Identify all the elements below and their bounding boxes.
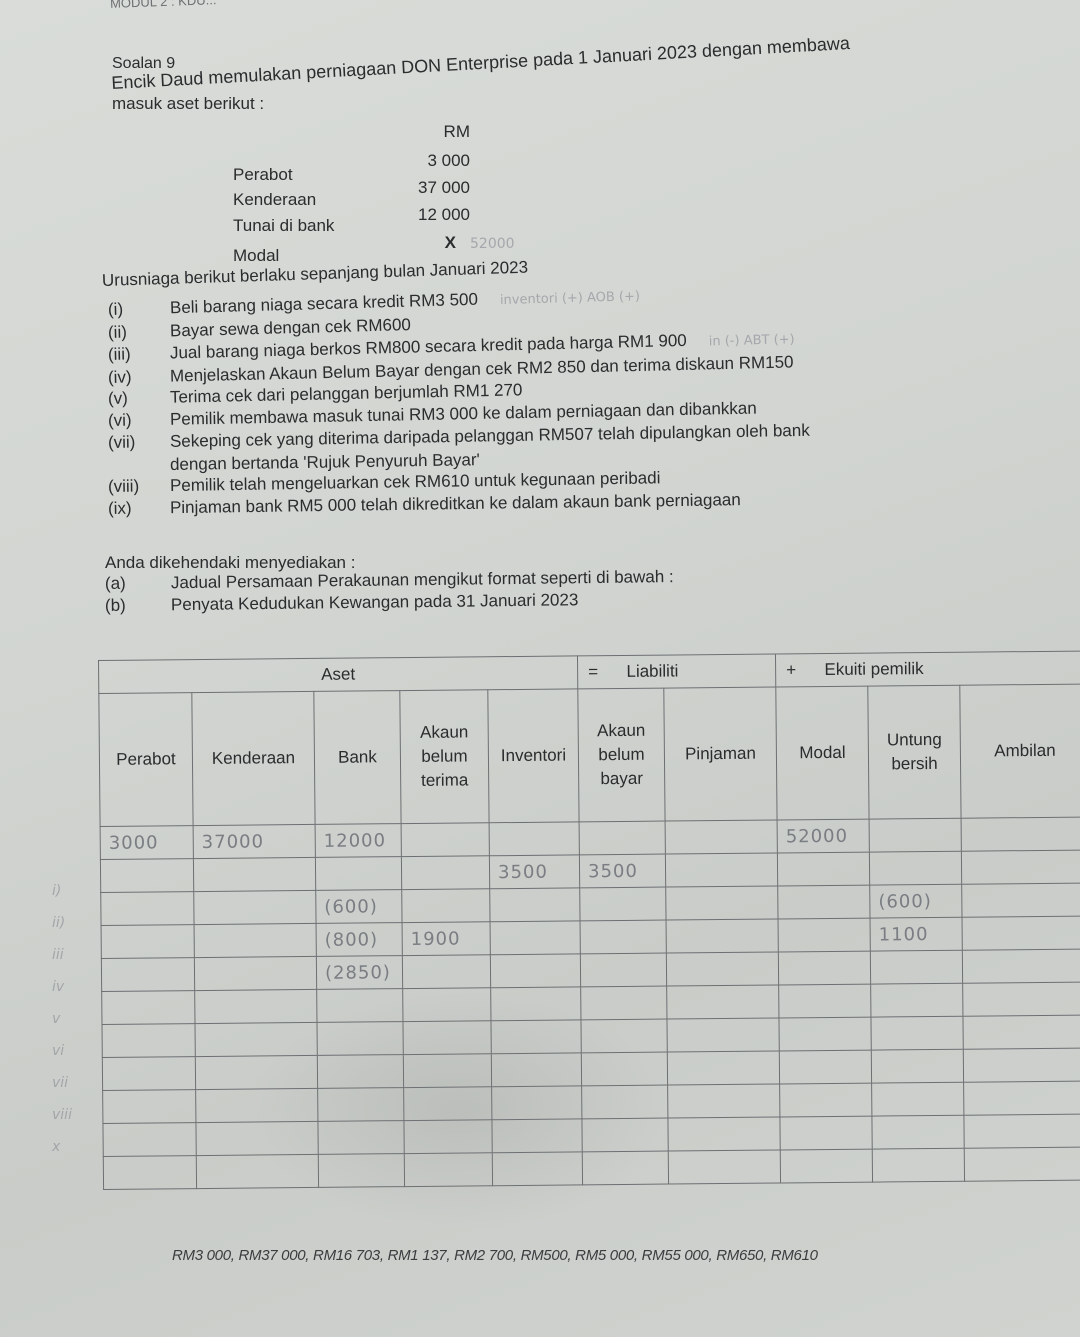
table-cell[interactable] [871, 1049, 963, 1083]
question-intro-line1: Encik Daud memulakan perniagaan DON Ente… [111, 33, 851, 94]
group-header: = Liabiliti [578, 654, 776, 689]
table-cell[interactable] [778, 918, 870, 952]
table-cell[interactable] [492, 1119, 582, 1153]
question-intro-line2: masuk aset berikut : [112, 94, 264, 114]
task-a-number: (a) [105, 573, 171, 594]
table-cell[interactable] [489, 822, 579, 856]
table-cell[interactable]: 12000 [315, 824, 401, 858]
table-cell[interactable] [404, 1153, 492, 1187]
transaction-number: (ii) [108, 321, 171, 343]
table-cell[interactable] [668, 1150, 780, 1184]
table-cell[interactable] [193, 857, 315, 891]
table-cell[interactable] [872, 1148, 964, 1182]
row-label: iii [52, 947, 64, 963]
table-cell[interactable] [963, 1015, 1080, 1049]
transaction-number: (viii) [108, 476, 170, 497]
transaction-number: (ix) [108, 498, 170, 519]
table-cell[interactable] [402, 889, 490, 923]
table-cell[interactable] [404, 1087, 492, 1121]
table-cell[interactable] [102, 1024, 195, 1058]
table-cell[interactable] [315, 857, 401, 891]
table-cell[interactable] [962, 916, 1080, 950]
table-cell[interactable] [196, 1088, 318, 1122]
table-cell[interactable] [964, 1114, 1080, 1148]
table-cell[interactable] [194, 923, 316, 957]
transaction-number: (vii) [108, 432, 170, 453]
table-cell[interactable] [580, 920, 666, 954]
table-cell[interactable]: 3000 [100, 826, 193, 860]
transaction-number: (v) [108, 388, 170, 409]
module-header: MODUL 2 : KDU... [110, 0, 217, 11]
table-cell[interactable] [872, 1082, 964, 1116]
row-label: viii [52, 1107, 72, 1123]
table-cell[interactable] [401, 823, 489, 857]
accounting-equation-table-wrapper: Aset= Liabiliti+ Ekuiti pemilik PerabotK… [98, 650, 1080, 1224]
table-cell[interactable] [318, 1088, 404, 1122]
table-cell[interactable] [403, 988, 491, 1022]
transaction-number: (iv) [108, 367, 170, 388]
table-cell[interactable] [318, 1121, 404, 1155]
accounting-equation-table: Aset= Liabiliti+ Ekuiti pemilik PerabotK… [98, 650, 1080, 1189]
table-cell[interactable] [195, 1022, 317, 1056]
column-header: Kenderaan [192, 691, 315, 825]
table-cell[interactable] [962, 949, 1080, 983]
column-header: Untung bersih [868, 685, 961, 819]
table-cell[interactable] [317, 1022, 403, 1056]
table-cell[interactable] [665, 820, 777, 854]
table-cell[interactable] [666, 952, 778, 986]
asset-value-modal: X [376, 233, 456, 253]
transaction-text: Bayar sewa dengan cek RM600 [170, 315, 411, 340]
table-cell[interactable] [779, 1017, 871, 1051]
table-cell[interactable] [582, 1118, 668, 1152]
task-b-number: (b) [105, 595, 171, 616]
table-cell[interactable]: 37000 [193, 824, 315, 858]
currency-header: RM [390, 122, 470, 142]
row-label: vi [52, 1043, 64, 1059]
table-cell[interactable]: (800) [316, 923, 402, 957]
group-header: + Ekuiti pemilik [776, 651, 1080, 687]
row-label: v [52, 1011, 60, 1027]
asset-label-kenderaan: Kenderaan [233, 190, 316, 210]
table-cell[interactable] [667, 1018, 779, 1052]
table-cell[interactable] [961, 850, 1080, 884]
table-body: 300037000120005200035003500(600)(600)(80… [100, 817, 1080, 1189]
transaction-number: (iii) [108, 343, 170, 365]
transaction-number [108, 470, 170, 471]
table-cell[interactable] [780, 1149, 872, 1183]
row-label: i) [52, 883, 61, 899]
transactions-title: Urusniaga berikut berlaku sepanjang bula… [102, 258, 529, 291]
column-header: Inventori [488, 689, 579, 823]
table-cell[interactable] [582, 1085, 668, 1119]
asset-label-perabot: Perabot [233, 165, 293, 185]
table-cell[interactable] [964, 1147, 1080, 1181]
answer-options: RM3 000, RM37 000, RM16 703, RM1 137, RM… [172, 1247, 818, 1264]
table-cell[interactable] [101, 958, 194, 992]
group-header: Aset [99, 656, 578, 694]
table-cell[interactable] [404, 1120, 492, 1154]
table-cell[interactable]: 52000 [777, 819, 869, 853]
table-cell[interactable] [491, 1020, 581, 1054]
table-cell[interactable] [871, 1016, 963, 1050]
asset-value-perabot: 3 000 [390, 151, 470, 171]
asset-label-modal: Modal [233, 246, 279, 266]
table-cell[interactable] [490, 954, 580, 988]
table-cell[interactable] [317, 1055, 403, 1089]
table-cell[interactable] [667, 985, 779, 1019]
table-cell[interactable] [581, 986, 667, 1020]
table-cell[interactable]: (600) [316, 890, 402, 924]
column-header: Akaun belum terima [400, 690, 489, 824]
table-cell[interactable] [195, 989, 317, 1023]
table-cell[interactable] [402, 955, 490, 989]
table-cell[interactable] [961, 817, 1080, 851]
table-cell[interactable]: 1900 [402, 922, 490, 956]
row-label: x [52, 1139, 60, 1155]
table-cell[interactable] [964, 1081, 1080, 1115]
table-cell[interactable] [196, 1154, 318, 1188]
table-cell[interactable] [870, 950, 962, 984]
table-cell[interactable] [196, 1121, 318, 1155]
tasks-title: Anda dikehendaki menyediakan : [105, 553, 355, 573]
asset-value-kenderaan: 37 000 [390, 178, 470, 198]
handwritten-note: in (-) ABT (+) [709, 332, 795, 349]
table-cell[interactable] [101, 892, 194, 926]
table-cell[interactable] [779, 984, 871, 1018]
column-header: Perabot [99, 693, 193, 827]
table-cell[interactable] [318, 1154, 404, 1188]
table-cell[interactable] [962, 883, 1080, 917]
table-cell[interactable]: 1100 [870, 917, 962, 951]
table-cell[interactable] [103, 1156, 196, 1190]
table-cell[interactable] [100, 859, 193, 893]
table-cell[interactable] [102, 1057, 195, 1091]
table-cell[interactable] [665, 853, 777, 887]
table-cell[interactable] [777, 852, 869, 886]
table-cell[interactable] [872, 1115, 964, 1149]
table-cell[interactable] [491, 987, 581, 1021]
column-header: Ambilan [960, 684, 1080, 818]
table-cell[interactable] [580, 953, 666, 987]
table-cell[interactable] [871, 983, 963, 1017]
table-cell[interactable] [401, 856, 489, 890]
table-cell[interactable] [869, 818, 961, 852]
table-cell[interactable] [103, 1090, 196, 1124]
table-cell[interactable] [194, 890, 316, 924]
table-cell[interactable] [963, 1048, 1080, 1082]
table-cell[interactable] [194, 956, 316, 990]
table-cell[interactable] [491, 1053, 581, 1087]
table-cell[interactable] [668, 1117, 780, 1151]
task-b-text: Penyata Kedudukan Kewangan pada 31 Janua… [171, 590, 579, 614]
table-cell[interactable] [581, 1052, 667, 1086]
table-cell[interactable] [101, 925, 194, 959]
table-cell[interactable] [492, 1152, 582, 1186]
table-cell[interactable]: 3500 [579, 854, 665, 888]
table-cell[interactable] [492, 1086, 582, 1120]
table-cell[interactable] [103, 1123, 196, 1157]
worksheet-page: MODUL 2 : KDU... Soalan 9 Encik Daud mem… [0, 0, 1080, 1337]
asset-value-tunai: 12 000 [390, 205, 470, 225]
handwritten-modal-note: 52000 [470, 236, 515, 252]
table-cell[interactable] [581, 1019, 667, 1053]
table-cell[interactable]: 3500 [489, 855, 579, 889]
row-label: vii [52, 1075, 68, 1091]
table-cell[interactable]: (600) [870, 884, 962, 918]
table-cell[interactable] [778, 951, 870, 985]
table-cell[interactable] [667, 1051, 779, 1085]
table-cell[interactable] [869, 851, 961, 885]
table-cell[interactable] [780, 1083, 872, 1117]
table-cell[interactable] [780, 1116, 872, 1150]
row-label: ii) [52, 915, 65, 931]
transaction-number: (vi) [108, 410, 170, 431]
task-b: (b)Penyata Kedudukan Kewangan pada 31 Ja… [105, 590, 579, 616]
table-cell[interactable]: (2850) [316, 956, 402, 990]
table-cell[interactable] [490, 888, 580, 922]
table-cell[interactable] [403, 1021, 491, 1055]
table-cell[interactable] [666, 886, 778, 920]
transaction-text: dengan bertanda 'Rujuk Penyuruh Bayar' [170, 450, 480, 474]
column-header: Pinjaman [664, 687, 777, 821]
table-cell[interactable] [666, 919, 778, 953]
row-label: iv [52, 979, 64, 995]
table-cell[interactable] [778, 885, 870, 919]
table-column-header: PerabotKenderaanBankAkaun belum terimaIn… [99, 684, 1080, 826]
transaction-item: (i)Beli barang niaga secara kredit RM3 5… [108, 285, 641, 320]
table-cell[interactable] [490, 921, 580, 955]
table-cell[interactable] [582, 1151, 668, 1185]
asset-label-tunai: Tunai di bank [233, 216, 334, 236]
handwritten-note: inventori (+) AOB (+) [500, 289, 640, 308]
table-cell[interactable] [403, 1054, 491, 1088]
transaction-number: (i) [108, 298, 171, 320]
table-cell[interactable] [579, 821, 665, 855]
table-cell[interactable] [317, 989, 403, 1023]
table-cell[interactable] [195, 1055, 317, 1089]
table-cell[interactable] [963, 982, 1080, 1016]
transaction-text: Beli barang niaga secara kredit RM3 500 [170, 290, 478, 318]
column-header: Modal [776, 686, 869, 820]
table-cell[interactable] [779, 1050, 871, 1084]
column-header: Bank [314, 691, 401, 825]
column-header: Akaun belum bayar [578, 688, 665, 822]
table-cell[interactable] [580, 887, 666, 921]
table-cell[interactable] [668, 1084, 780, 1118]
table-cell[interactable] [102, 991, 195, 1025]
